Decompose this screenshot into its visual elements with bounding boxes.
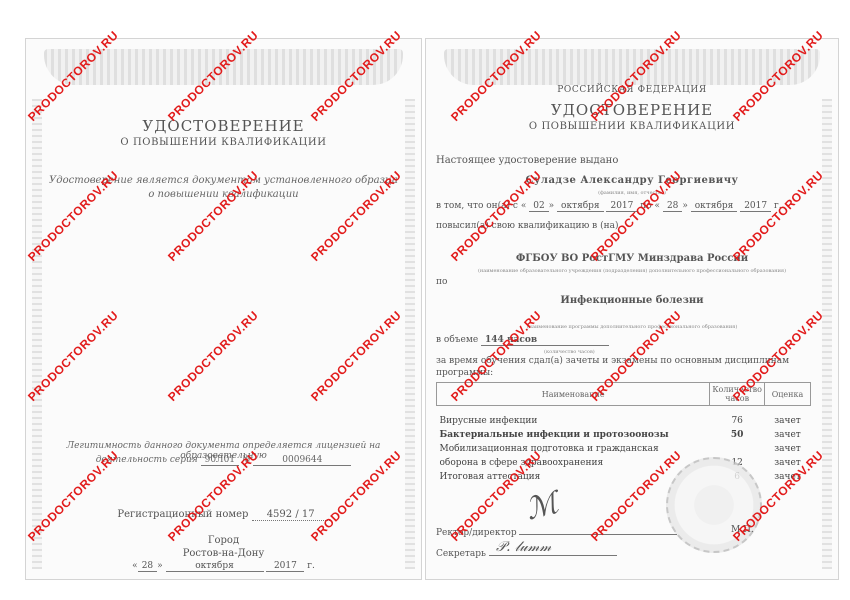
grades-table: Наименование Количество часов Оценка Вир… (436, 382, 811, 484)
to-year: 2017 (740, 201, 771, 212)
subject-grade: зачет (765, 442, 811, 456)
by-label: по (436, 277, 447, 287)
holder-caption: (фамилия, имя, отчество) (426, 190, 838, 196)
volume-value: 144 часов (481, 335, 609, 346)
improved-label: повысил(а) свою квалификацию в (на) (436, 221, 618, 231)
volume-label: в объеме (436, 335, 478, 345)
certificate-title: УДОСТОВЕРЕНИЕ (26, 117, 421, 135)
issue-year: 2017 (266, 561, 304, 572)
volume-hours: 144 (485, 335, 504, 345)
ornamental-header-border (444, 49, 820, 85)
column-header-name: Наименование (437, 383, 710, 406)
subject-name: оборона в сфере здравоохранения (437, 456, 710, 470)
holder-name: Суладзе Александру Георгиевичу (426, 175, 838, 186)
rector-signature-icon: ℳ (522, 485, 562, 527)
exams-line-2: программы: (436, 368, 493, 378)
license-series: 90Л01 (201, 455, 239, 466)
subject-grade: зачет (765, 414, 811, 428)
issue-date: «28» октября 2017 г. (26, 561, 421, 572)
from-day: 02 (529, 201, 548, 212)
volume-unit: часов (507, 335, 537, 345)
from-year: 2017 (606, 201, 637, 212)
secretary-label: Секретарь (436, 549, 486, 559)
license-number: 0009644 (253, 455, 351, 466)
issued-label: Настоящее удостоверение выдано (436, 155, 618, 166)
column-header-hours: Количество часов (710, 383, 765, 406)
license-number-label: № (242, 455, 251, 465)
certificate-subtitle: О ПОВЫШЕНИИ КВАЛИФИКАЦИИ (26, 137, 421, 148)
issue-day: 28 (138, 561, 157, 572)
license-line-2: деятельность серия 90Л01 № 0009644 (26, 455, 421, 466)
seal-label: М.П. (731, 525, 754, 535)
program-name: Инфекционные болезни (426, 295, 838, 306)
period-mid: по « (640, 201, 660, 211)
ornamental-side-border (405, 99, 415, 569)
ornamental-header-border (44, 49, 403, 85)
volume-row: в объеме 144 часов (436, 335, 609, 346)
ornamental-side-border (32, 99, 42, 569)
rector-signature-line (519, 524, 677, 535)
to-day: 28 (663, 201, 682, 212)
city-label: Город (26, 535, 421, 546)
rector-row: Ректор/директор (436, 524, 677, 538)
program-caption: (наименование программы дополнительного … (426, 324, 838, 330)
volume-caption: (количество часов) (544, 349, 595, 355)
subject-grade: зачет (765, 470, 811, 484)
country-name: РОССИЙСКАЯ ФЕДЕРАЦИЯ (426, 85, 838, 95)
study-period: в том, что он(а) с « 02» октября 2017 по… (436, 201, 782, 212)
official-seal-icon (666, 457, 762, 553)
subject-hours (710, 442, 765, 456)
from-month: октября (557, 201, 604, 212)
subject-hours: 76 (710, 414, 765, 428)
rector-label: Ректор/директор (436, 528, 517, 538)
certificate-subtitle: О ПОВЫШЕНИИ КВАЛИФИКАЦИИ (426, 121, 838, 132)
subject-name: Бактериальные инфекции и протозоонозы (437, 428, 710, 442)
certificate-cover-page: УДОСТОВЕРЕНИЕ О ПОВЫШЕНИИ КВАЛИФИКАЦИИ У… (25, 38, 422, 580)
table-row: оборона в сфере здравоохранения 12 зачет (437, 456, 811, 470)
institution-name: ФГБОУ ВО РостГМУ Минздрава России (426, 253, 838, 264)
statement-line-2: о повышении квалификации (26, 189, 421, 200)
subject-grade: зачет (765, 428, 811, 442)
subject-name: Мобилизационная подготовка и гражданская (437, 442, 710, 456)
institution-caption: (наименование образовательного учреждени… (426, 268, 838, 274)
exams-line-1: за время обучения сдал(а) зачеты и экзам… (436, 356, 789, 366)
subject-grade: зачет (765, 456, 811, 470)
table-row: Мобилизационная подготовка и гражданская… (437, 442, 811, 456)
secretary-signature-icon: 𝒫. 𝓁𝓊𝓂𝓂 (496, 539, 551, 555)
registration-number: 4592 / 17 (252, 509, 330, 521)
subject-hours: 50 (710, 428, 765, 442)
subject-name: Вирусные инфекции (437, 414, 710, 428)
ornamental-side-border (822, 99, 832, 569)
registration-number-row: Регистрационный номер 4592 / 17 (26, 509, 421, 521)
grades-header-row: Наименование Количество часов Оценка (437, 383, 811, 406)
certificate-title: УДОСТОВЕРЕНИЕ (426, 101, 838, 119)
certificate-details-page: РОССИЙСКАЯ ФЕДЕРАЦИЯ УДОСТОВЕРЕНИЕ О ПОВ… (425, 38, 839, 580)
table-row: Бактериальные инфекции и протозоонозы 50… (437, 428, 811, 442)
registration-label: Регистрационный номер (117, 509, 248, 520)
period-prefix: в том, что он(а) с « (436, 201, 526, 211)
license-prefix: деятельность серия (96, 455, 198, 465)
statement-line-1: Удостоверение является документом устано… (26, 175, 421, 186)
column-header-grade: Оценка (765, 383, 811, 406)
issue-month: октября (166, 561, 264, 572)
city-name: Ростов-на-Дону (26, 548, 421, 559)
period-suffix: г. (774, 201, 782, 211)
table-row: Вирусные инфекции 76 зачет (437, 414, 811, 428)
subject-name: Итоговая аттестация (437, 470, 710, 484)
to-month: октября (691, 201, 738, 212)
